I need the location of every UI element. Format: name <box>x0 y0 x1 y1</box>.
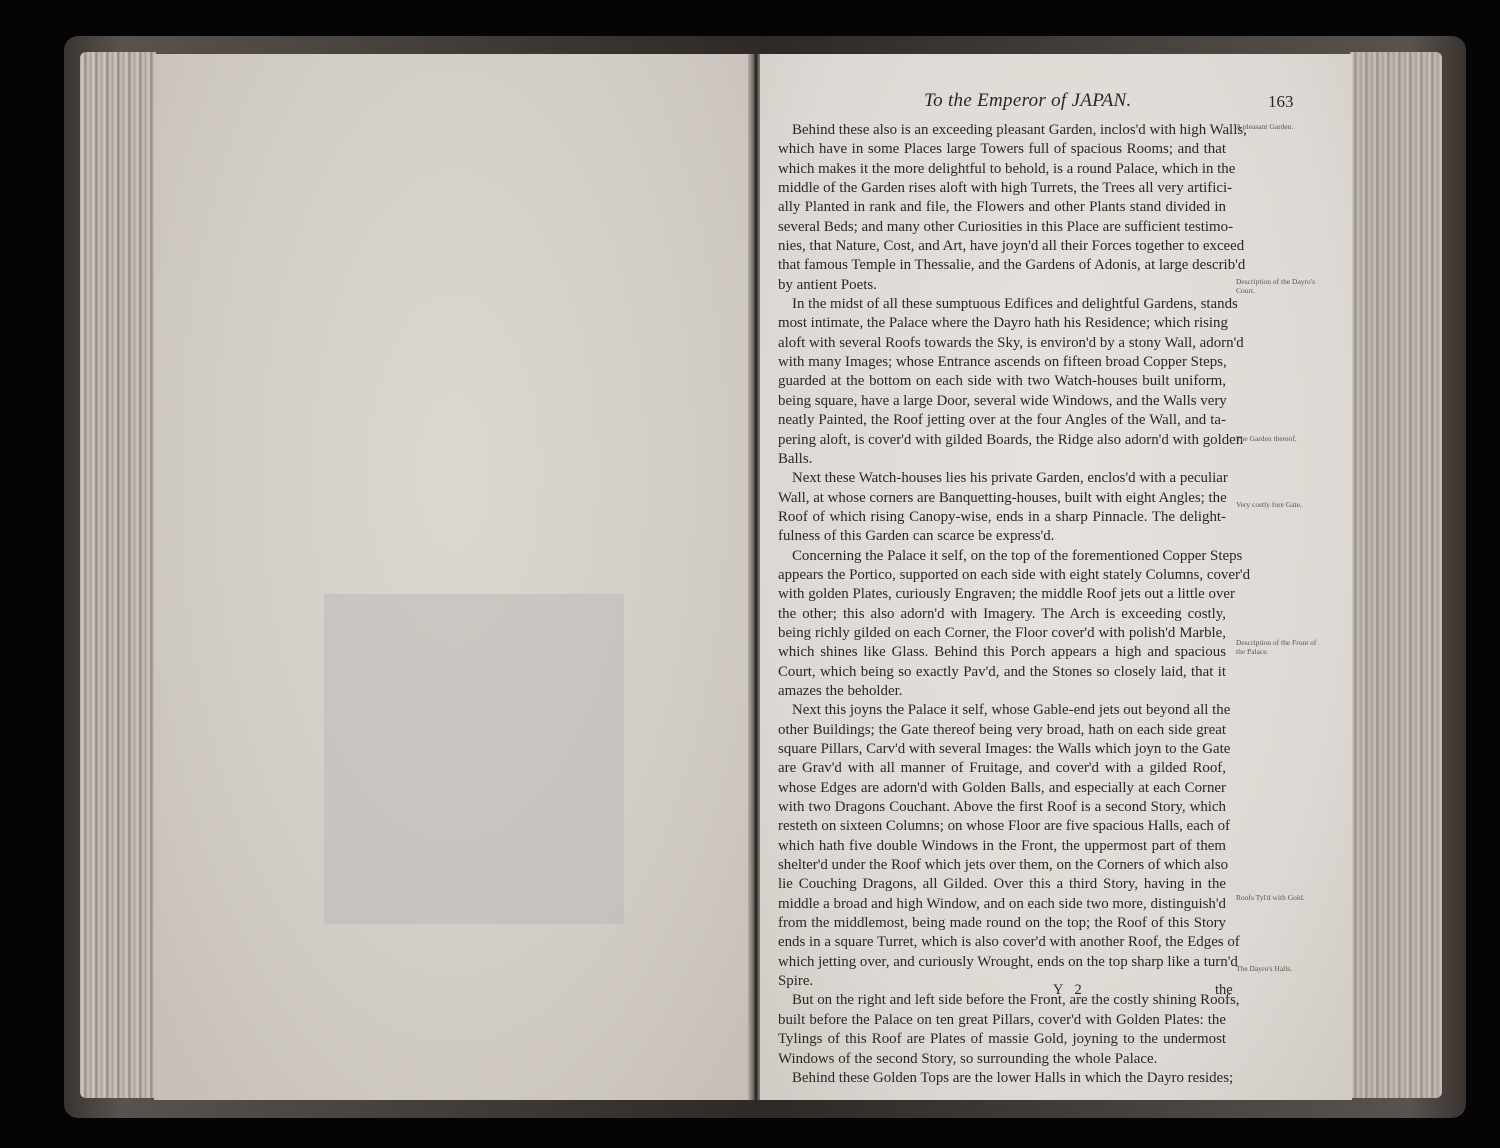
text-line: But on the right and left side before th… <box>778 991 1226 1010</box>
text-line: ally Planted in rank and file, the Flowe… <box>778 198 1226 217</box>
margin-note: Description of the Dayro's Court. <box>1236 277 1324 295</box>
text-line: from the middlemost, being made round on… <box>778 914 1226 933</box>
text-line: with many Images; whose Entrance ascends… <box>778 353 1226 372</box>
text-line: being richly gilded on each Corner, the … <box>778 624 1226 643</box>
text-line: guarded at the bottom on each side with … <box>778 372 1226 391</box>
margin-note: The Dayro's Halls. <box>1236 964 1324 973</box>
page-edges-left <box>80 52 156 1098</box>
text-line: neatly Painted, the Roof jetting over at… <box>778 411 1226 430</box>
text-line: which makes it the more delightful to be… <box>778 160 1226 179</box>
margin-note: A pleasant Garden. <box>1236 122 1324 131</box>
text-line: fulness of this Garden can scarce be exp… <box>778 527 1226 546</box>
engraving-showthrough <box>324 594 624 924</box>
text-line: which jetting over, and curiously Wrough… <box>778 953 1226 972</box>
page-number: 163 <box>1268 92 1294 112</box>
text-line: Court, which being so exactly Pav'd, and… <box>778 663 1226 682</box>
text-line: aloft with several Roofs towards the Sky… <box>778 334 1226 353</box>
text-line: middle of the Garden rises aloft with hi… <box>778 179 1226 198</box>
body-text: Behind these also is an exceeding pleasa… <box>778 121 1226 1088</box>
text-line: Balls. <box>778 450 1226 469</box>
margin-note: Very costly fore Gate. <box>1236 500 1324 509</box>
text-line: which hath five double Windows in the Fr… <box>778 837 1226 856</box>
text-line: other Buildings; the Gate thereof being … <box>778 721 1226 740</box>
text-line: pering aloft, is cover'd with gilded Boa… <box>778 431 1226 450</box>
text-line: lie Couching Dragons, all Gilded. Over t… <box>778 875 1226 894</box>
margin-note: Roofs Tyl'd with Gold. <box>1236 893 1324 902</box>
text-line: Tylings of this Roof are Plates of massi… <box>778 1030 1226 1049</box>
text-line: which shines like Glass. Behind this Por… <box>778 643 1226 662</box>
text-line: resteth on sixteen Columns; on whose Flo… <box>778 817 1226 836</box>
text-line: Next this joyns the Palace it self, whos… <box>778 701 1226 720</box>
text-line: built before the Palace on ten great Pil… <box>778 1011 1226 1030</box>
text-line: which have in some Places large Towers f… <box>778 140 1226 159</box>
text-line: Spire. <box>778 972 1226 991</box>
running-head: To the Emperor of JAPAN. <box>924 90 1132 112</box>
text-line: ends in a square Turret, which is also c… <box>778 933 1226 952</box>
text-line: Windows of the second Story, so surround… <box>778 1050 1226 1069</box>
text-line: being square, have a large Door, several… <box>778 392 1226 411</box>
text-line: by antient Poets. <box>778 276 1226 295</box>
text-line: Concerning the Palace it self, on the to… <box>778 547 1226 566</box>
text-line: Roof of which rising Canopy-wise, ends i… <box>778 508 1226 527</box>
text-line: whose Edges are adorn'd with Golden Ball… <box>778 779 1226 798</box>
text-line: are Grav'd with all manner of Fruitage, … <box>778 759 1226 778</box>
margin-note: The Garden thereof. <box>1236 434 1324 443</box>
text-line: square Pillars, Carv'd with several Imag… <box>778 740 1226 759</box>
text-line: In the midst of all these sumptuous Edif… <box>778 295 1226 314</box>
text-line: amazes the beholder. <box>778 682 1226 701</box>
catchword: the <box>1215 982 1233 999</box>
text-line: that famous Temple in Thessalie, and the… <box>778 256 1226 275</box>
text-line: shelter'd under the Roof which jets over… <box>778 856 1226 875</box>
text-line: Behind these Golden Tops are the lower H… <box>778 1069 1226 1088</box>
text-line: appears the Portico, supported on each s… <box>778 566 1226 585</box>
text-line: the other; this also adorn'd with Imager… <box>778 605 1226 624</box>
text-line: Wall, at whose corners are Banquetting-h… <box>778 489 1226 508</box>
left-page <box>154 54 754 1100</box>
text-line: middle a broad and high Window, and on e… <box>778 895 1226 914</box>
margin-note: Description of the Front of the Palace. <box>1236 638 1324 656</box>
text-line: with golden Plates, curiously Engraven; … <box>778 585 1226 604</box>
text-line: Next these Watch-houses lies his private… <box>778 469 1226 488</box>
text-line: with two Dragons Couchant. Above the fir… <box>778 798 1226 817</box>
text-line: nies, that Nature, Cost, and Art, have j… <box>778 237 1226 256</box>
text-line: several Beds; and many other Curiosities… <box>778 218 1226 237</box>
page-edges-right <box>1350 52 1442 1098</box>
text-line: most intimate, the Palace where the Dayr… <box>778 314 1226 333</box>
text-line: Behind these also is an exceeding pleasa… <box>778 121 1226 140</box>
signature-mark: Y 2 <box>1053 982 1086 999</box>
